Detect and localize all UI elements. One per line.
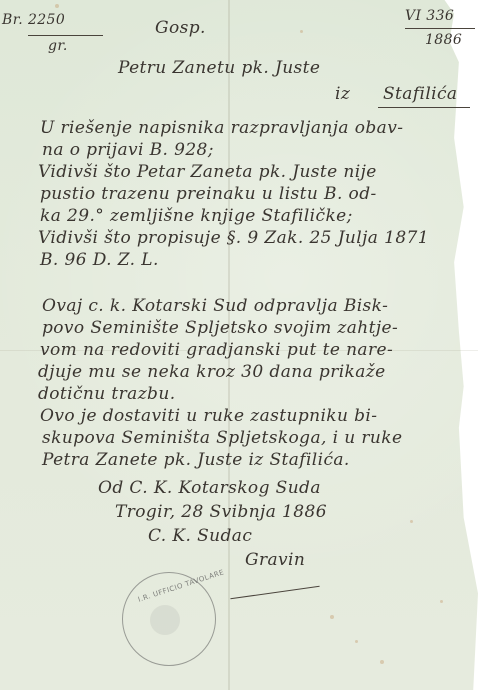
foxing-speck [355,640,358,643]
body-line: ka 29.° zemljišne knjige Stafiličke; [40,206,353,226]
file-number-sub: gr. [48,38,68,54]
closing-court: Od C. K. Kotarskog Suda [98,478,321,498]
foxing-speck [380,660,384,664]
foxing-speck [330,615,334,619]
underline [378,107,470,108]
stamp-emblem-icon [150,605,180,635]
salutation: Gosp. [155,18,206,38]
closing-title: C. K. Sudac [148,526,252,546]
body-line: skupova Seminišta Spljetskoga, i u ruke [42,428,402,448]
reference-year: 1886 [425,32,462,48]
foxing-speck [300,30,303,33]
body-line: B. 96 D. Z. L. [40,250,159,270]
signature: Gravin [245,550,305,570]
file-number: Br. 2250 [2,12,65,28]
closing-place-date: Trogir, 28 Svibnja 1886 [115,502,327,522]
body-line: na o prijavi B. 928; [42,140,214,160]
body-line: Vidivši što Petar Zaneta pk. Juste nije [38,162,377,182]
body-line: pustio trazenu preinaku u listu B. od- [40,184,377,204]
reference-number: VI 336 [405,8,454,24]
addressee-name: Petru Zanetu pk. Juste [118,58,320,78]
underline [28,35,103,36]
foxing-speck [410,520,413,523]
body-line: Vidivši što propisuje §. 9 Zak. 25 Julja… [38,228,429,248]
addressee-place: Stafilića [383,84,457,104]
body-line: Petra Zanete pk. Juste iz Stafilića. [42,450,350,470]
body-line: povo Seminište Spljetsko svojim zahtje- [42,318,398,338]
body-line: djuje mu se neka kroz 30 dana prikaže [38,362,386,382]
addressee-from: iz [335,84,350,104]
body-line: Ovo je dostaviti u ruke zastupniku bi- [40,406,377,426]
body-line: vom na redoviti gradjanski put te nare- [40,340,393,360]
underline [405,28,475,29]
body-line: dotičnu trazbu. [38,384,176,404]
foxing-speck [440,600,443,603]
body-line: U riešenje napisnika razpravljanja obav- [40,118,403,138]
body-line: Ovaj c. k. Kotarski Sud odpravlja Bisk- [42,296,388,316]
foxing-speck [55,4,59,8]
